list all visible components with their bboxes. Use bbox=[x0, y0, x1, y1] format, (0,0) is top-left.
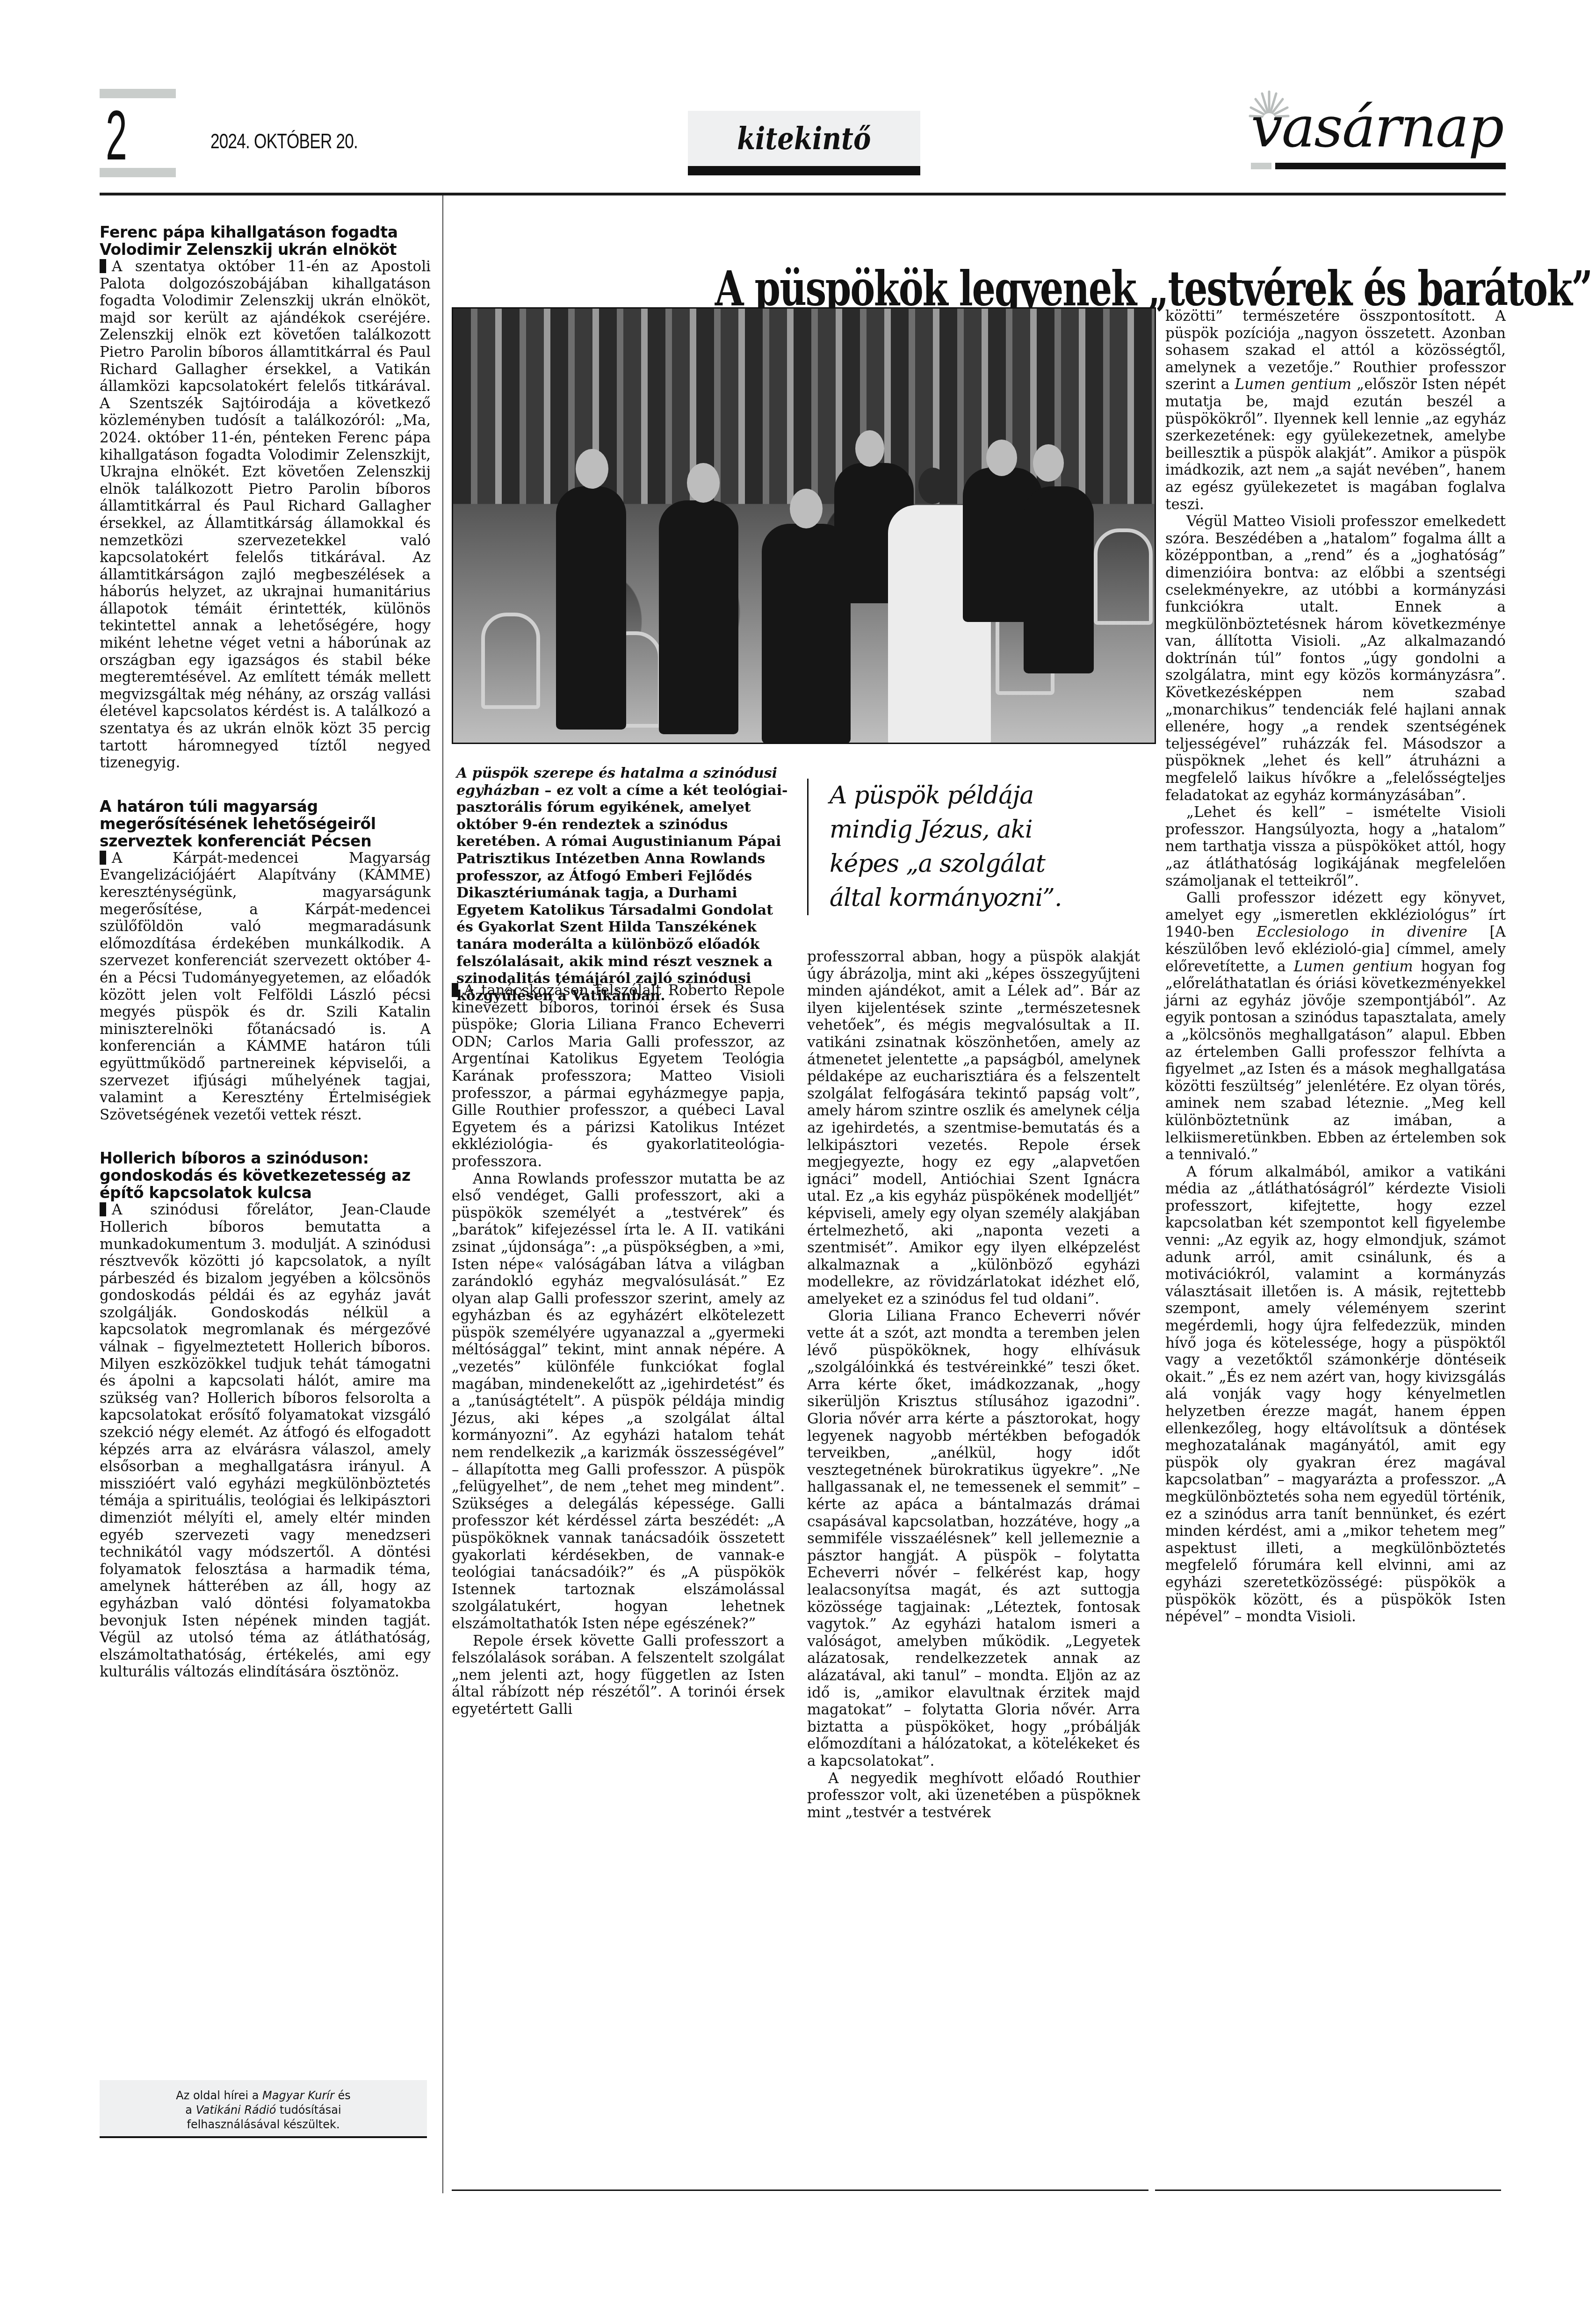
article-paragraph: A negyedik meghívott előadó Routhier pro… bbox=[807, 1770, 1140, 1821]
head bbox=[687, 463, 720, 503]
article-paragraph: A fórum alkalmából, amikor a vatikáni mé… bbox=[1165, 1164, 1506, 1626]
standing-figure bbox=[556, 486, 626, 730]
article-column-3: közötti” természetére összpontosított. A… bbox=[1165, 308, 1506, 1626]
credit-line-1: Az oldal hírei a Magyar Kurír és bbox=[100, 2089, 427, 2103]
bullet-marker bbox=[452, 983, 458, 997]
head bbox=[576, 449, 608, 489]
chair bbox=[481, 613, 540, 709]
article-column-1: A tanácskozáson felszólalt Roberto Repol… bbox=[452, 982, 785, 1718]
chair bbox=[1094, 528, 1153, 625]
credit-line-3: felhasználásával készültek. bbox=[100, 2118, 427, 2132]
lead-text: – ez volt a címe a két teológiai-pasztor… bbox=[456, 782, 788, 1004]
brand-accent-bar bbox=[1251, 163, 1271, 169]
article-column-2: professzorral abban, hogy a püspök alakj… bbox=[807, 948, 1140, 1821]
article-paragraph: professzorral abban, hogy a püspök alakj… bbox=[807, 948, 1140, 1308]
page-number: 2 bbox=[106, 100, 127, 170]
news-body: A szinódusi főrelátor, Jean-Claude Holle… bbox=[100, 1201, 431, 1681]
credit-line-2: a Vatikáni Rádió tudósításai bbox=[100, 2103, 427, 2118]
news-body: A szentatya október 11-én az Apostoli Pa… bbox=[100, 258, 431, 772]
news-title: A határon túli magyarság megerősítésének… bbox=[100, 798, 431, 850]
article-paragraph: közötti” természetére összpontosított. A… bbox=[1165, 308, 1506, 513]
paragraph-text: „először Isten népét mutatja be, majd ez… bbox=[1165, 376, 1506, 513]
bullet-marker bbox=[100, 259, 106, 273]
credit-text: Az oldal hírei a bbox=[176, 2089, 262, 2102]
head bbox=[790, 489, 823, 528]
bottom-rule bbox=[1155, 2190, 1501, 2191]
credit-source: Vatikáni Rádió bbox=[196, 2103, 276, 2117]
article-paragraph: Végül Matteo Visioli professzor emelkede… bbox=[1165, 513, 1506, 804]
article-paragraph: Repole érsek követte Galli professzort a… bbox=[452, 1633, 785, 1718]
source-credit: Az oldal hírei a Magyar Kurír és a Vatik… bbox=[100, 2080, 427, 2138]
standing-figure bbox=[659, 500, 738, 734]
section-label: kitekintő bbox=[737, 120, 871, 157]
article-paragraph: Galli professzor idézett egy könyvet, am… bbox=[1165, 889, 1506, 1164]
bottom-rule bbox=[452, 2190, 1148, 2191]
news-title: Hollerich bíboros a szinóduson: gondosko… bbox=[100, 1149, 431, 1201]
paragraph-text: hogyan fog „előreláthatatlan és óriási k… bbox=[1165, 958, 1506, 1164]
news-briefs: Ferenc pápa kihallgatáson fogadta Volodi… bbox=[100, 224, 431, 1707]
news-text: A szinódusi főrelátor, Jean-Claude Holle… bbox=[100, 1201, 431, 1680]
pull-quote: A püspök példája mindig Jézus, aki képes… bbox=[807, 779, 1069, 915]
page-number-bar-bottom bbox=[100, 168, 176, 177]
credit-text: és bbox=[334, 2089, 351, 2102]
brand-logo: vasárnap bbox=[1246, 94, 1506, 168]
column-divider bbox=[442, 195, 443, 2193]
article-paragraph: „Lehet és kell” – ismételte Visioli prof… bbox=[1165, 804, 1506, 889]
credit-source: Magyar Kurír bbox=[262, 2089, 334, 2102]
credit-text: tudósításai bbox=[276, 2103, 341, 2117]
article-photo bbox=[452, 307, 1156, 744]
credit-text: a bbox=[185, 2103, 195, 2117]
head bbox=[918, 468, 947, 504]
document-title: Lumen gentium bbox=[1235, 376, 1351, 393]
news-title: Ferenc pápa kihallgatáson fogadta Volodi… bbox=[100, 224, 431, 258]
book-title: Ecclesiologo in divenire bbox=[1257, 924, 1467, 940]
news-text: A szentatya október 11-én az Apostoli Pa… bbox=[100, 258, 431, 771]
head bbox=[986, 440, 1017, 476]
document-title: Lumen gentium bbox=[1294, 958, 1413, 975]
brand-name: vasárnap bbox=[1251, 97, 1503, 158]
article-lead: A püspök szerepe és hatalma a szinódusi … bbox=[456, 765, 791, 1005]
news-text: A Kárpát-medencei Magyarság Evangelizáci… bbox=[100, 850, 431, 1123]
standing-figure bbox=[1024, 486, 1094, 673]
bullet-marker bbox=[100, 851, 106, 865]
pull-quote-text: A püspök példája mindig Jézus, aki képes… bbox=[830, 779, 1069, 915]
header-rule bbox=[100, 193, 1506, 195]
issue-date: 2024. OKTÓBER 20. bbox=[210, 130, 358, 153]
article-paragraph: A tanácskozáson felszólalt Roberto Repol… bbox=[452, 982, 785, 1171]
section-tab: kitekintő bbox=[688, 111, 920, 175]
head bbox=[1033, 444, 1064, 482]
head bbox=[855, 430, 884, 467]
news-item: Hollerich bíboros a szinóduson: gondosko… bbox=[100, 1149, 431, 1681]
bullet-marker bbox=[100, 1202, 106, 1216]
news-item: Ferenc pápa kihallgatáson fogadta Volodi… bbox=[100, 224, 431, 772]
news-item: A határon túli magyarság megerősítésének… bbox=[100, 798, 431, 1124]
news-body: A Kárpát-medencei Magyarság Evangelizáci… bbox=[100, 850, 431, 1124]
article-paragraph: Gloria Liliana Franco Echeverri nővér ve… bbox=[807, 1308, 1140, 1770]
paragraph-text: A tanácskozáson felszólalt Roberto Repol… bbox=[452, 982, 785, 1170]
article-paragraph: Anna Rowlands professzor mutatta be az e… bbox=[452, 1171, 785, 1633]
brand-underline bbox=[1275, 163, 1506, 169]
